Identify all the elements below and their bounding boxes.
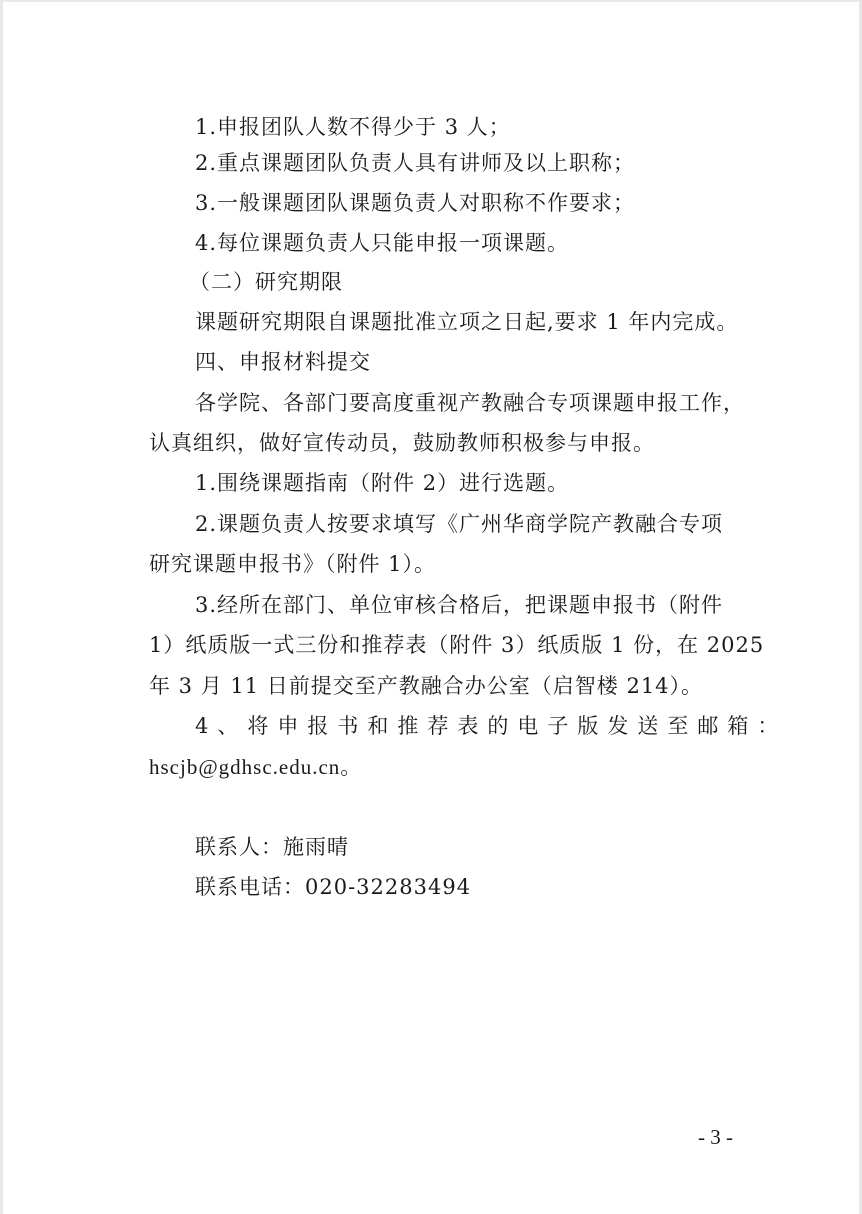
requirement-item-2: 2.重点课题团队负责人具有讲师及以上职称； (195, 148, 635, 178)
requirement-item-1: 1.申报团队人数不得少于 3 人； (195, 112, 511, 142)
contact-email: hscjb@gdhsc.edu.cn。 (149, 752, 362, 782)
page-number: - 3 - (698, 1122, 733, 1152)
section-heading-research-period: （二）研究期限 (189, 267, 343, 297)
submission-intro-line-1: 各学院、各部门要高度重视产教融合专项课题申报工作， (195, 388, 745, 418)
submission-step-2-line-1: 2.课题负责人按要求填写《广州华商学院产教融合专项 (195, 509, 723, 539)
submission-step-2-line-2: 研究课题申报书》（附件 1）。 (149, 549, 436, 579)
submission-step-3-line-2: 1）纸质版一式三份和推荐表（附件 3）纸质版 1 份，在 2025 (149, 630, 764, 660)
submission-step-1: 1.围绕课题指南（附件 2）进行选题。 (195, 468, 569, 498)
document-page: 1.申报团队人数不得少于 3 人； 2.重点课题团队负责人具有讲师及以上职称； … (3, 2, 859, 1214)
submission-intro-line-2: 认真组织，做好宣传动员，鼓励教师积极参与申报。 (149, 428, 655, 458)
research-period-text: 课题研究期限自课题批准立项之日起,要求 1 年内完成。 (195, 307, 738, 337)
requirement-item-4: 4.每位课题负责人只能申报一项课题。 (195, 228, 569, 258)
contact-phone: 联系电话：020-32283494 (195, 872, 471, 902)
submission-step-3-line-1: 3.经所在部门、单位审核合格后，把课题申报书（附件 (195, 590, 723, 620)
section-heading-submission: 四、申报材料提交 (195, 347, 371, 377)
submission-step-3-line-3: 年 3 月 11 日前提交至产教融合办公室（启智楼 214）。 (149, 671, 703, 701)
contact-person: 联系人：施雨晴 (195, 832, 349, 862)
submission-step-4-line-1: 4、将申报书和推荐表的电子版发送至邮箱： (195, 711, 787, 741)
requirement-item-3: 3.一般课题团队课题负责人对职称不作要求； (195, 188, 635, 218)
